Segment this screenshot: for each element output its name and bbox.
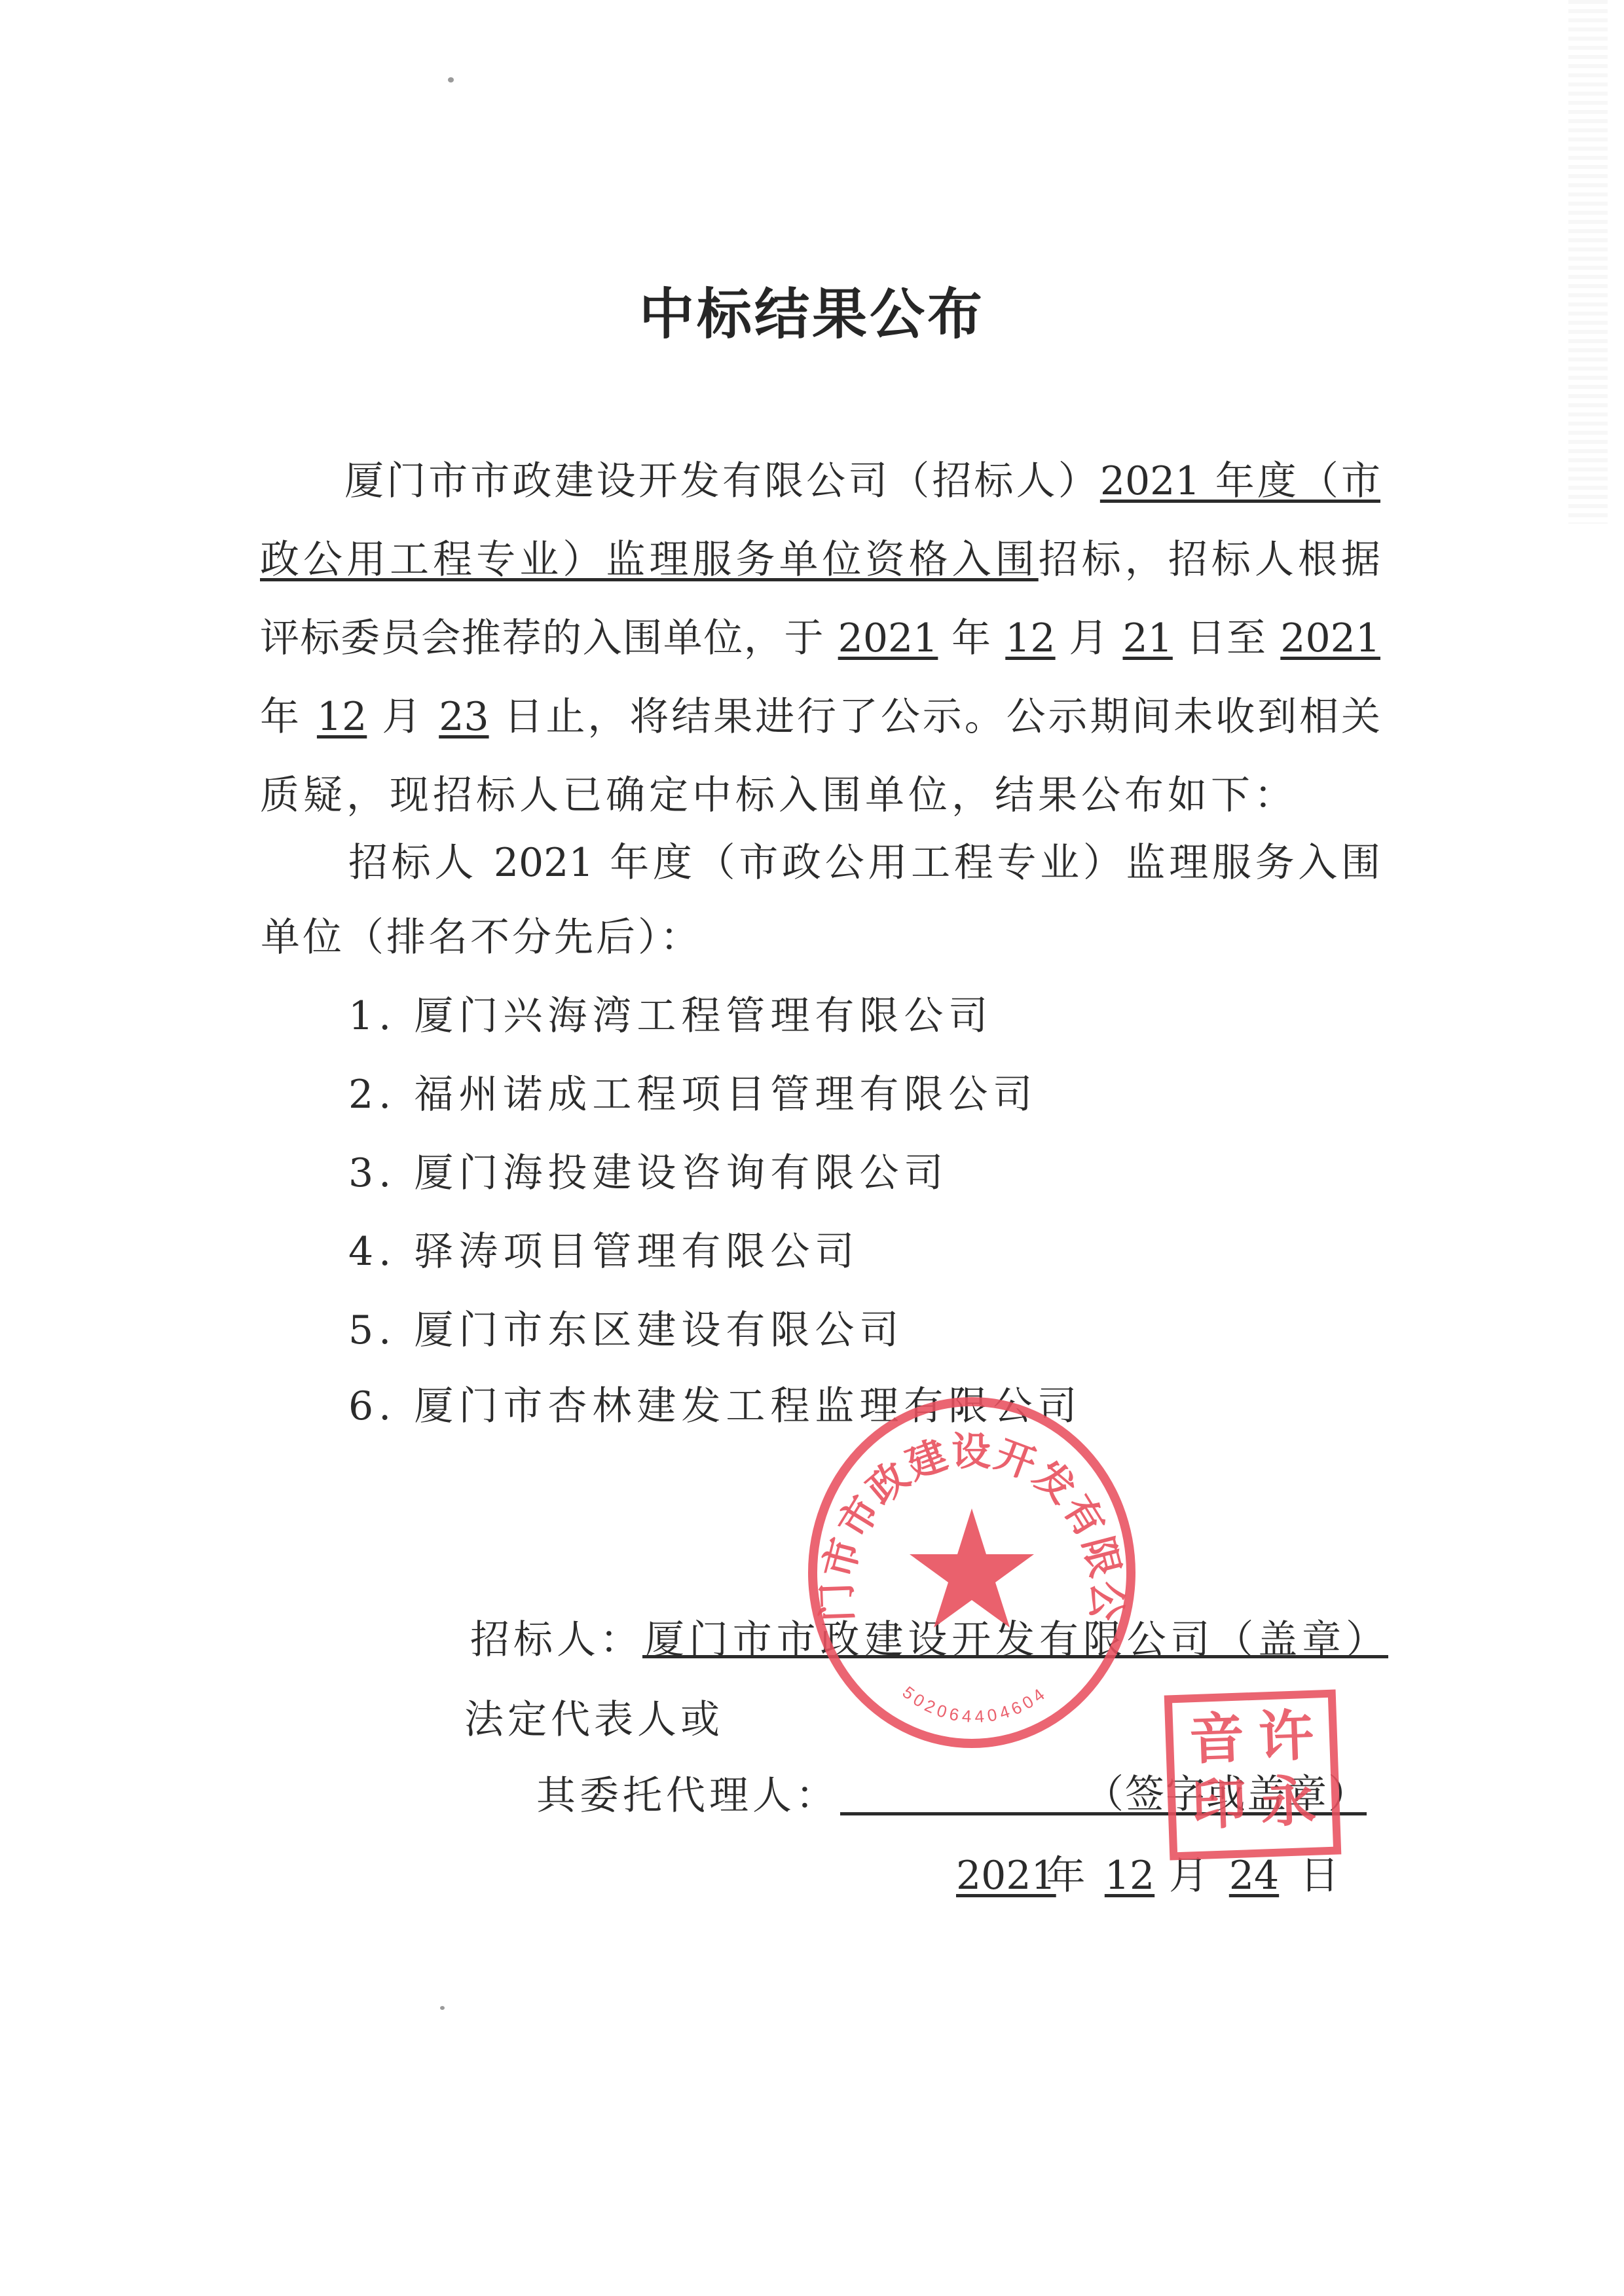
scan-noise-strip	[1568, 0, 1608, 524]
date-month: 12	[1090, 1853, 1169, 1899]
text-run: 月	[367, 694, 439, 740]
scan-speck	[448, 77, 454, 82]
text-run: 年	[938, 615, 1005, 661]
seal-code: 502064404604	[899, 1682, 1052, 1726]
winner-list-item: 4. 驿涛项目管理有限公司	[348, 1229, 859, 1275]
underlined-date-year: 2021	[1280, 615, 1380, 661]
paragraph1-line-4: 年 12 月 23 日止，将结果进行了公示。公示期间未收到相关	[260, 694, 1380, 740]
winner-list-item: 5. 厦门市东区建设有限公司	[348, 1307, 904, 1353]
text-run: 招标，招标人根据	[1039, 537, 1380, 583]
text-run: 质疑，现招标人已确定中标入围单位，结果公布如下：	[260, 773, 1297, 818]
paragraph1-line-1: 厦门市市政建设开发有限公司（招标人）2021 年度（市	[344, 458, 1380, 504]
date-day: 24	[1215, 1853, 1293, 1899]
paragraph2-line-1: 招标人 2021 年度（市政公用工程专业）监理服务入围	[348, 840, 1380, 886]
text-run: 日止，将结果进行了公示。公示期间未收到相关	[489, 694, 1380, 740]
underlined-date-day: 23	[439, 694, 489, 740]
seal-char: 音	[1183, 1708, 1251, 1769]
underlined-date-month: 12	[317, 694, 367, 740]
seal-char: 印	[1185, 1774, 1253, 1834]
text-run: 评标委员会推荐的入围单位，于	[260, 615, 838, 661]
paragraph1-line-2: 政公用工程专业）监理服务单位资格入围招标，招标人根据	[260, 537, 1380, 583]
winner-list-item: 3. 厦门海投建设咨询有限公司	[348, 1150, 948, 1196]
tenderer-label: 招标人：	[470, 1617, 643, 1663]
underlined-text-run: 政公用工程专业）监理服务单位资格入围	[260, 537, 1039, 583]
company-seal-graphic: 厦门市市政建设开发有限公司 502064404604	[808, 1397, 1135, 1748]
date-day-unit: 日	[1293, 1853, 1339, 1899]
underlined-text-run: 2021 年度（市	[1100, 458, 1380, 504]
agent-label: 其委托代理人：	[536, 1773, 839, 1819]
seal-char: 永	[1255, 1771, 1322, 1832]
underlined-date-month: 12	[1005, 615, 1055, 661]
star-icon	[910, 1508, 1034, 1628]
paragraph2-line-2: 单位（排名不分先后）：	[261, 915, 702, 960]
text-run: 年	[260, 694, 317, 740]
underlined-date-day: 21	[1122, 615, 1172, 661]
winner-list-item: 1. 厦门兴海湾工程管理有限公司	[348, 993, 993, 1039]
personal-seal: 许 永 音 印	[1164, 1690, 1342, 1861]
seal-char: 许	[1252, 1705, 1319, 1766]
page-title: 中标结果公布	[0, 282, 1624, 347]
text-run: 月	[1056, 615, 1123, 661]
underlined-date-year: 2021	[838, 615, 938, 661]
paragraph1-line-3: 评标委员会推荐的入围单位，于 2021 年 12 月 21 日至 2021	[260, 615, 1380, 661]
text-run: 日至	[1173, 615, 1280, 661]
scan-speck	[440, 2006, 445, 2010]
date-year-unit: 年	[1041, 1853, 1090, 1899]
winner-list-item: 2. 福州诺成工程项目管理有限公司	[348, 1072, 1037, 1118]
text-run: 厦门市市政建设开发有限公司（招标人）	[344, 458, 1100, 504]
date-year: 2021	[956, 1853, 1041, 1899]
paragraph1-line-5: 质疑，现招标人已确定中标入围单位，结果公布如下：	[260, 773, 1380, 818]
signature-date: 2021年12月24日	[956, 1853, 1339, 1899]
legal-rep-label: 法定代表人或	[464, 1697, 724, 1743]
